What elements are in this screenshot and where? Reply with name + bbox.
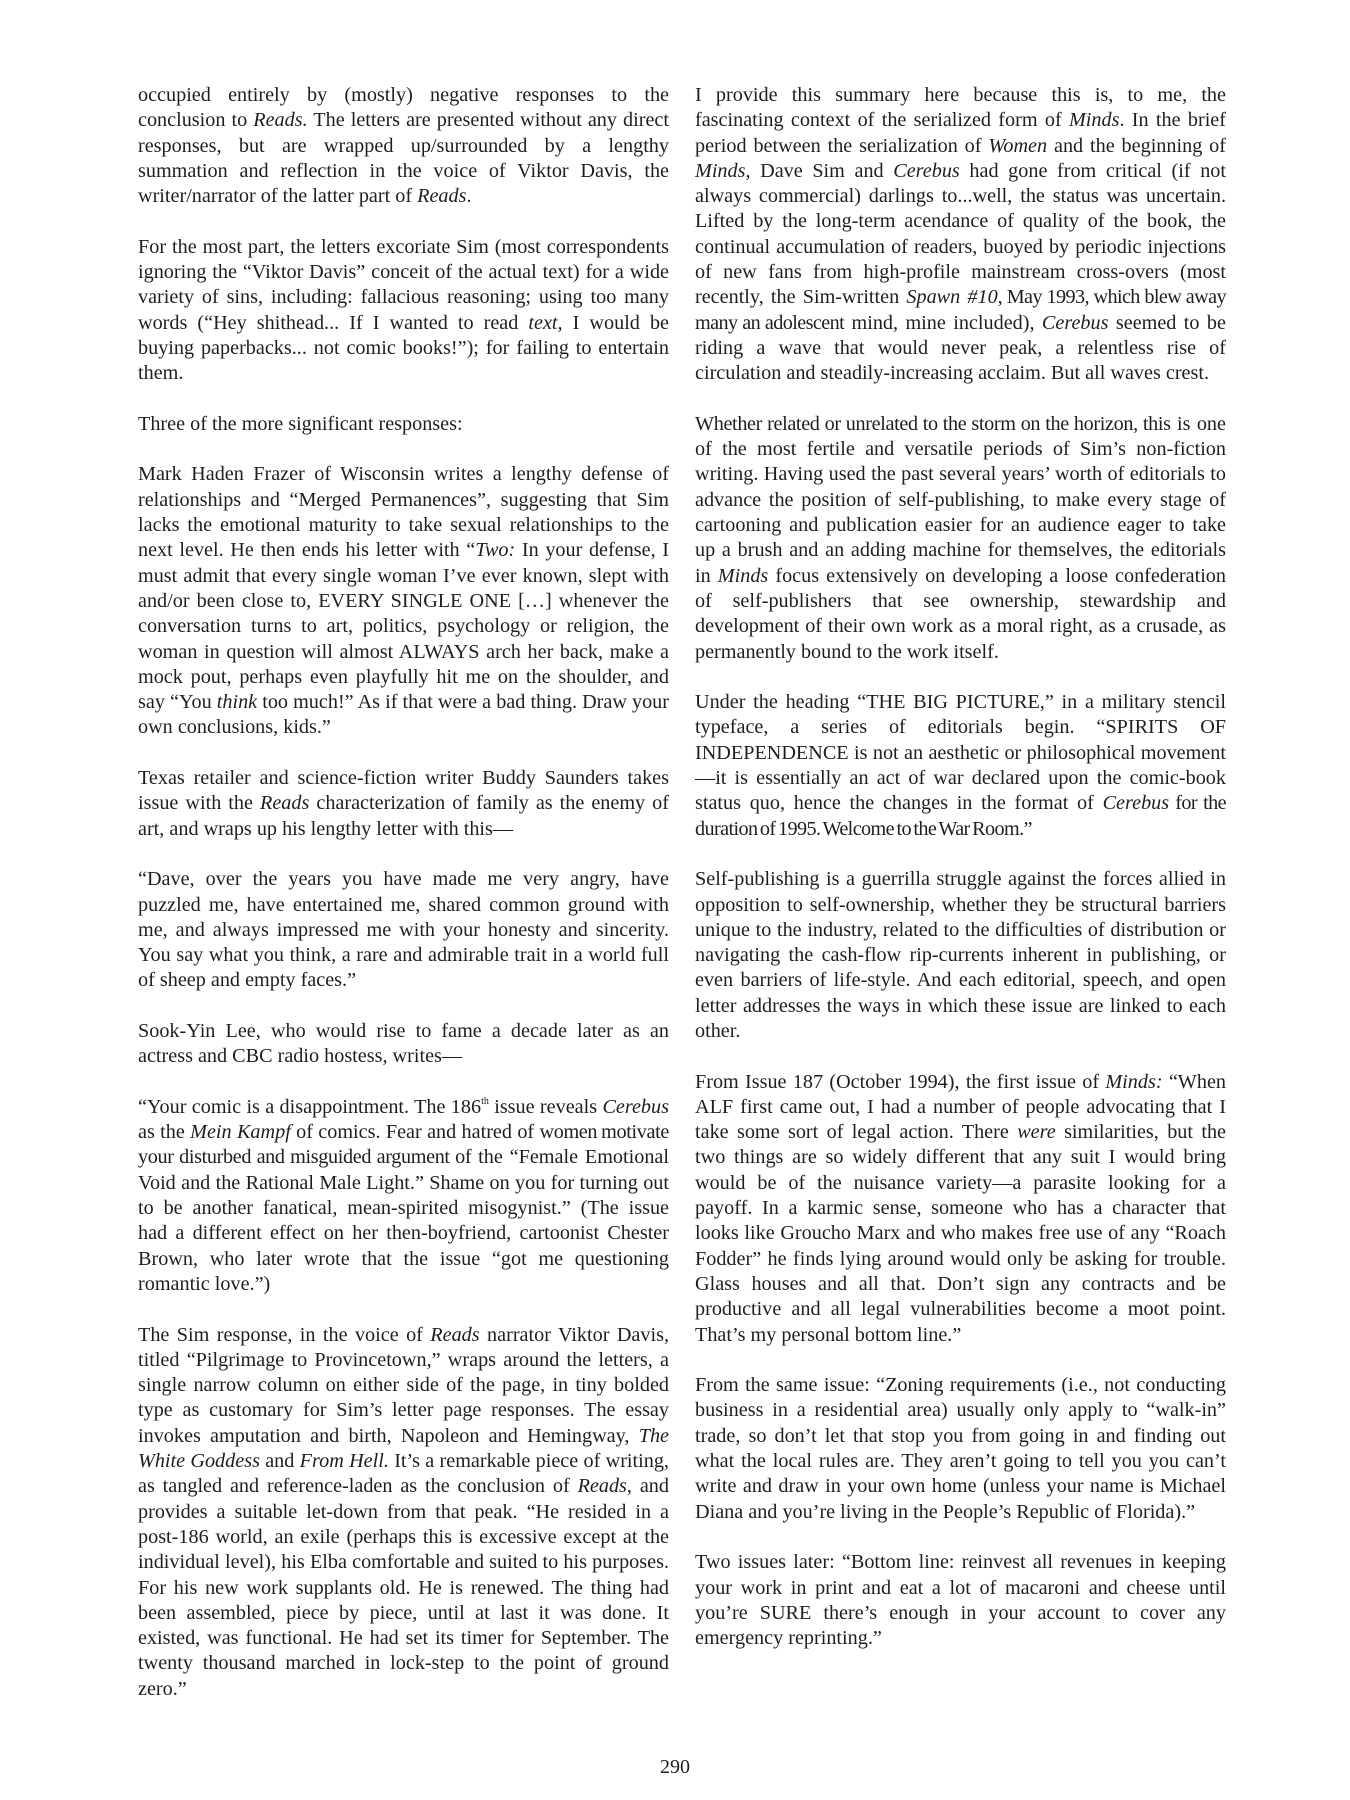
italic-title: Minds, (695, 160, 751, 182)
right-column: I provide this summary here because this… (695, 83, 1226, 1651)
paragraph: Sook-Yin Lee, who would rise to fame a d… (138, 1019, 669, 1070)
paragraph: Texas retailer and science-fiction write… (138, 766, 669, 842)
italic-title: Mein Kampf (190, 1121, 291, 1143)
italic-title: Cerebus (602, 1096, 669, 1118)
italic-title: Reads (260, 792, 309, 814)
paragraph: From the same issue: “Zoning requirement… (695, 1373, 1226, 1525)
italic-emphasis: think (217, 691, 257, 713)
italic-title: Reads (417, 185, 466, 207)
italic-title: Spawn #10 (906, 286, 997, 308)
paragraph: Under the heading “THE BIG PICTURE,” in … (695, 690, 1226, 842)
italic-title: Minds (718, 565, 768, 587)
book-page: occupied entirely by (mostly) negative r… (0, 0, 1350, 1800)
italic-emphasis: Two: (475, 539, 515, 561)
italic-emphasis: were (1017, 1121, 1056, 1143)
paragraph: From Issue 187 (October 1994), the first… (695, 1070, 1226, 1348)
paragraph: “Your comic is a disappointment. The 186… (138, 1095, 669, 1297)
italic-title: Reads. (253, 109, 307, 131)
italic-title: Cerebus (1042, 312, 1109, 334)
paragraph: Whether related or unrelated to the stor… (695, 412, 1226, 665)
paragraph: I provide this summary here because this… (695, 83, 1226, 387)
italic-title: Minds: (1105, 1071, 1162, 1093)
paragraph: Two issues later: “Bottom line: reinvest… (695, 1550, 1226, 1651)
paragraph: For the most part, the letters excoriate… (138, 235, 669, 387)
italic-title: Women (988, 135, 1047, 157)
paragraph: Mark Haden Frazer of Wisconsin writes a … (138, 462, 669, 740)
italic-title: Reads (578, 1475, 627, 1497)
left-column: occupied entirely by (mostly) negative r… (138, 83, 669, 1702)
paragraph: Self-publishing is a guerrilla struggle … (695, 867, 1226, 1044)
paragraph: Three of the more significant responses: (138, 412, 669, 437)
page-number: 290 (0, 1755, 1350, 1779)
italic-title: Cerebus (1103, 792, 1170, 814)
italic-title: From Hell. (300, 1450, 389, 1472)
italic-title: Minds (1069, 109, 1119, 131)
paragraph: The Sim response, in the voice of Reads … (138, 1323, 669, 1702)
italic-emphasis: text, (528, 312, 562, 334)
italic-title: Reads (430, 1324, 479, 1346)
italic-title: Cerebus (893, 160, 960, 182)
paragraph: “Dave, over the years you have made me v… (138, 867, 669, 993)
paragraph: occupied entirely by (mostly) negative r… (138, 83, 669, 209)
ordinal-superscript: th (481, 1096, 489, 1107)
